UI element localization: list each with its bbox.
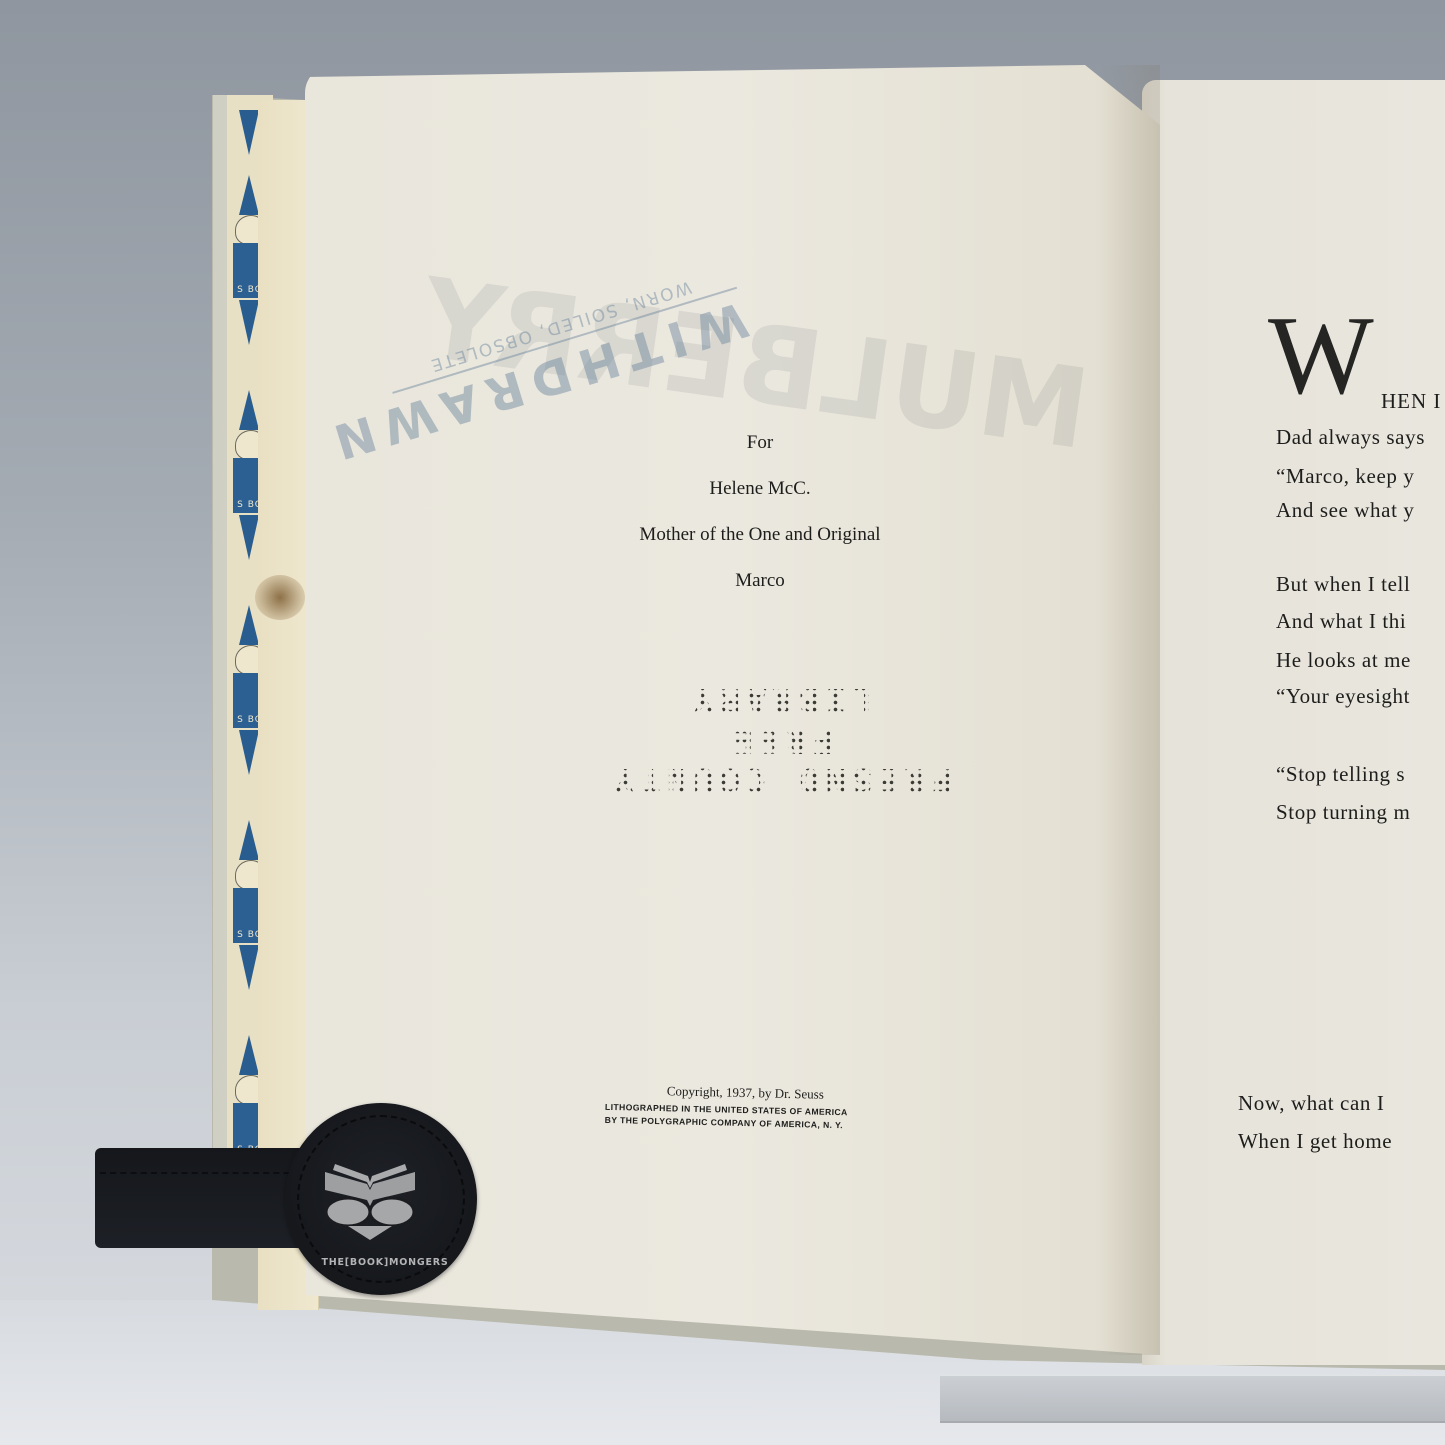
triangle-icon: [239, 515, 259, 560]
poem-first-line: HEN I: [1381, 389, 1441, 414]
triangle-icon: [239, 110, 259, 155]
acrylic-stand: [940, 1375, 1445, 1423]
triangle-icon: [239, 390, 259, 430]
poem-line: “Marco, keep y: [1276, 464, 1414, 489]
poem-line: But when I tell: [1276, 572, 1410, 597]
poem-line: He looks at me: [1276, 648, 1411, 673]
dedication-line: Mother of the One and Original: [540, 512, 980, 558]
water-stain: [255, 575, 305, 620]
poem-line: Stop turning m: [1276, 800, 1410, 825]
triangle-icon: [239, 1035, 259, 1075]
copyright-notice: Copyright, 1937, by Dr. Seuss LITHOGRAPH…: [605, 1082, 886, 1134]
dedication-line: Marco: [540, 558, 980, 604]
triangle-icon: [239, 175, 259, 215]
poem-line: Now, what can I: [1238, 1091, 1384, 1116]
triangle-icon: [239, 820, 259, 860]
poem-line: And what I thi: [1276, 609, 1406, 634]
triangle-icon: [239, 605, 259, 645]
poem-line: “Stop telling s: [1276, 762, 1405, 787]
dedication: For Helene McC. Mother of the One and Or…: [540, 420, 980, 604]
page-gutter-shadow: [1100, 65, 1160, 1355]
book-glasses-heart-icon: [315, 1160, 425, 1240]
triangle-icon: [239, 300, 259, 345]
poem-line: Dad always says: [1276, 425, 1425, 450]
bookmark-brand: THE[BOOK]MONGERS: [285, 1257, 485, 1268]
library-perforation-stamp: FRESNO COUNTY FREE LIBRARY: [560, 700, 1000, 800]
triangle-icon: [239, 730, 259, 775]
poem-line: “Your eyesight: [1276, 684, 1410, 709]
poem-line: And see what y: [1276, 498, 1414, 523]
photo-scene: S BO S BO S BO S BO: [0, 0, 1445, 1445]
dedication-line: For: [540, 420, 980, 466]
poem-line: When I get home: [1238, 1129, 1392, 1154]
drop-cap: W: [1268, 300, 1374, 412]
right-page: [1142, 80, 1445, 1365]
dedication-line: Helene McC.: [540, 466, 980, 512]
triangle-icon: [239, 945, 259, 990]
